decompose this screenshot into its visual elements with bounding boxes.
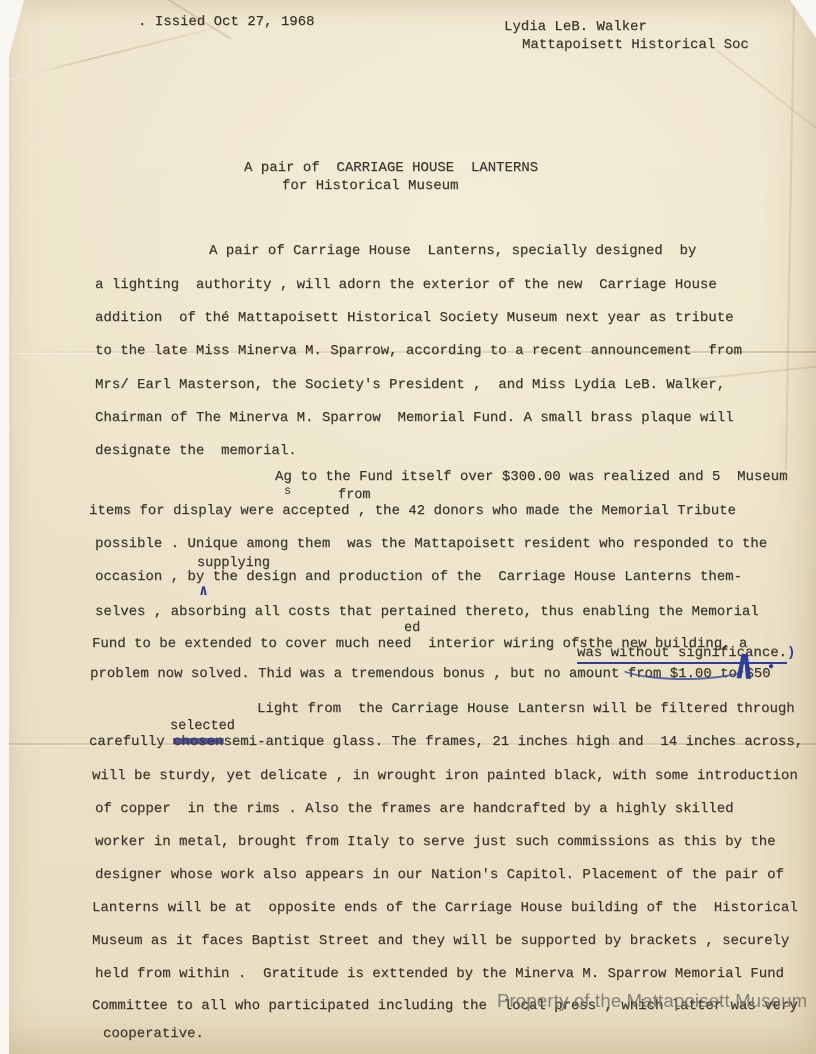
paper-crease	[785, 0, 795, 470]
contact-name: Lydia LeB. Walker	[504, 19, 647, 36]
ink-insertion-caret: ∧	[733, 639, 756, 693]
paper-shading	[0, 0, 816, 1054]
issue-date: . Issied Oct 27, 1968	[138, 14, 314, 31]
scanned-letter: . Issied Oct 27, 1968 Lydia LeB. Walker …	[0, 0, 816, 1054]
typed-line: Light from the Carriage House Lantersn w…	[257, 701, 795, 718]
typed-line: occasion , by the design and production …	[95, 569, 742, 586]
contact-organization: Mattapoisett Historical Soc	[522, 37, 749, 54]
typed-line: Mrs/ Earl Masterson, the Society's Presi…	[95, 377, 725, 394]
museum-watermark: Property of the Mattapoisett Museum	[497, 990, 807, 1012]
ink-dot-mark: ●	[768, 662, 774, 673]
typed-line: of copper in the rims . Also the frames …	[95, 801, 734, 818]
typed-line: addition of thé Mattapoisett Historical …	[95, 310, 734, 327]
typed-line: A pair of Carriage House Lanterns, speci…	[209, 243, 696, 260]
typed-text: semi-antique glass. The frames, 21 inche…	[223, 734, 803, 750]
typed-line: will be sturdy, yet delicate , in wrough…	[92, 768, 798, 785]
typed-line: possible . Unique among them was the Mat…	[95, 536, 767, 553]
typed-line: Museum as it faces Baptist Street and th…	[92, 933, 789, 950]
paper-crease	[715, 49, 816, 143]
struckthrough-word: chosen	[173, 734, 223, 750]
scan-edge-left	[0, 0, 9, 1054]
interline-insertion-selected: selected	[170, 719, 235, 734]
typed-line: cooperative.	[103, 1026, 204, 1043]
interline-insertion-ed: ed	[404, 621, 420, 636]
ink-paren-mark: )	[787, 645, 795, 661]
scan-corner-top-right	[790, 0, 816, 38]
paper-crease	[0, 22, 237, 84]
document-title-line2: for Historical Museum	[282, 178, 458, 195]
ink-underline-curve	[616, 650, 752, 680]
typed-text: carefully	[89, 734, 173, 750]
typed-line: selves , absorbing all costs that pertai…	[95, 604, 759, 621]
ink-caret-mark: ∧	[199, 581, 208, 600]
interline-insertion-from: from	[338, 488, 370, 503]
typed-line: designer whose work also appears in our …	[95, 867, 784, 884]
typed-line: held from within . Gratitude is exttende…	[95, 966, 784, 983]
typed-line: Chairman of The Minerva M. Sparrow Memor…	[95, 410, 734, 427]
scan-corner-top-left	[0, 0, 24, 90]
overtype-correction: s	[284, 484, 291, 498]
typed-line-with-strikeout: carefully chosensemi-antique glass. The …	[89, 734, 803, 751]
typed-line: worker in metal, brought from Italy to s…	[95, 834, 776, 851]
typed-line: a lighting authority , will adorn the ex…	[95, 277, 717, 294]
typed-line: items for display were accepted , the 42…	[89, 503, 736, 520]
document-title-line1: A pair of CARRIAGE HOUSE LANTERNS	[244, 160, 538, 177]
typed-line: designate the memorial.	[95, 443, 297, 460]
typed-line: Ag to the Fund itself over $300.00 was r…	[275, 469, 787, 486]
typed-line: Lanterns will be at opposite ends of the…	[92, 900, 798, 917]
typed-line: to the late Miss Minerva M. Sparrow, acc…	[95, 343, 742, 360]
